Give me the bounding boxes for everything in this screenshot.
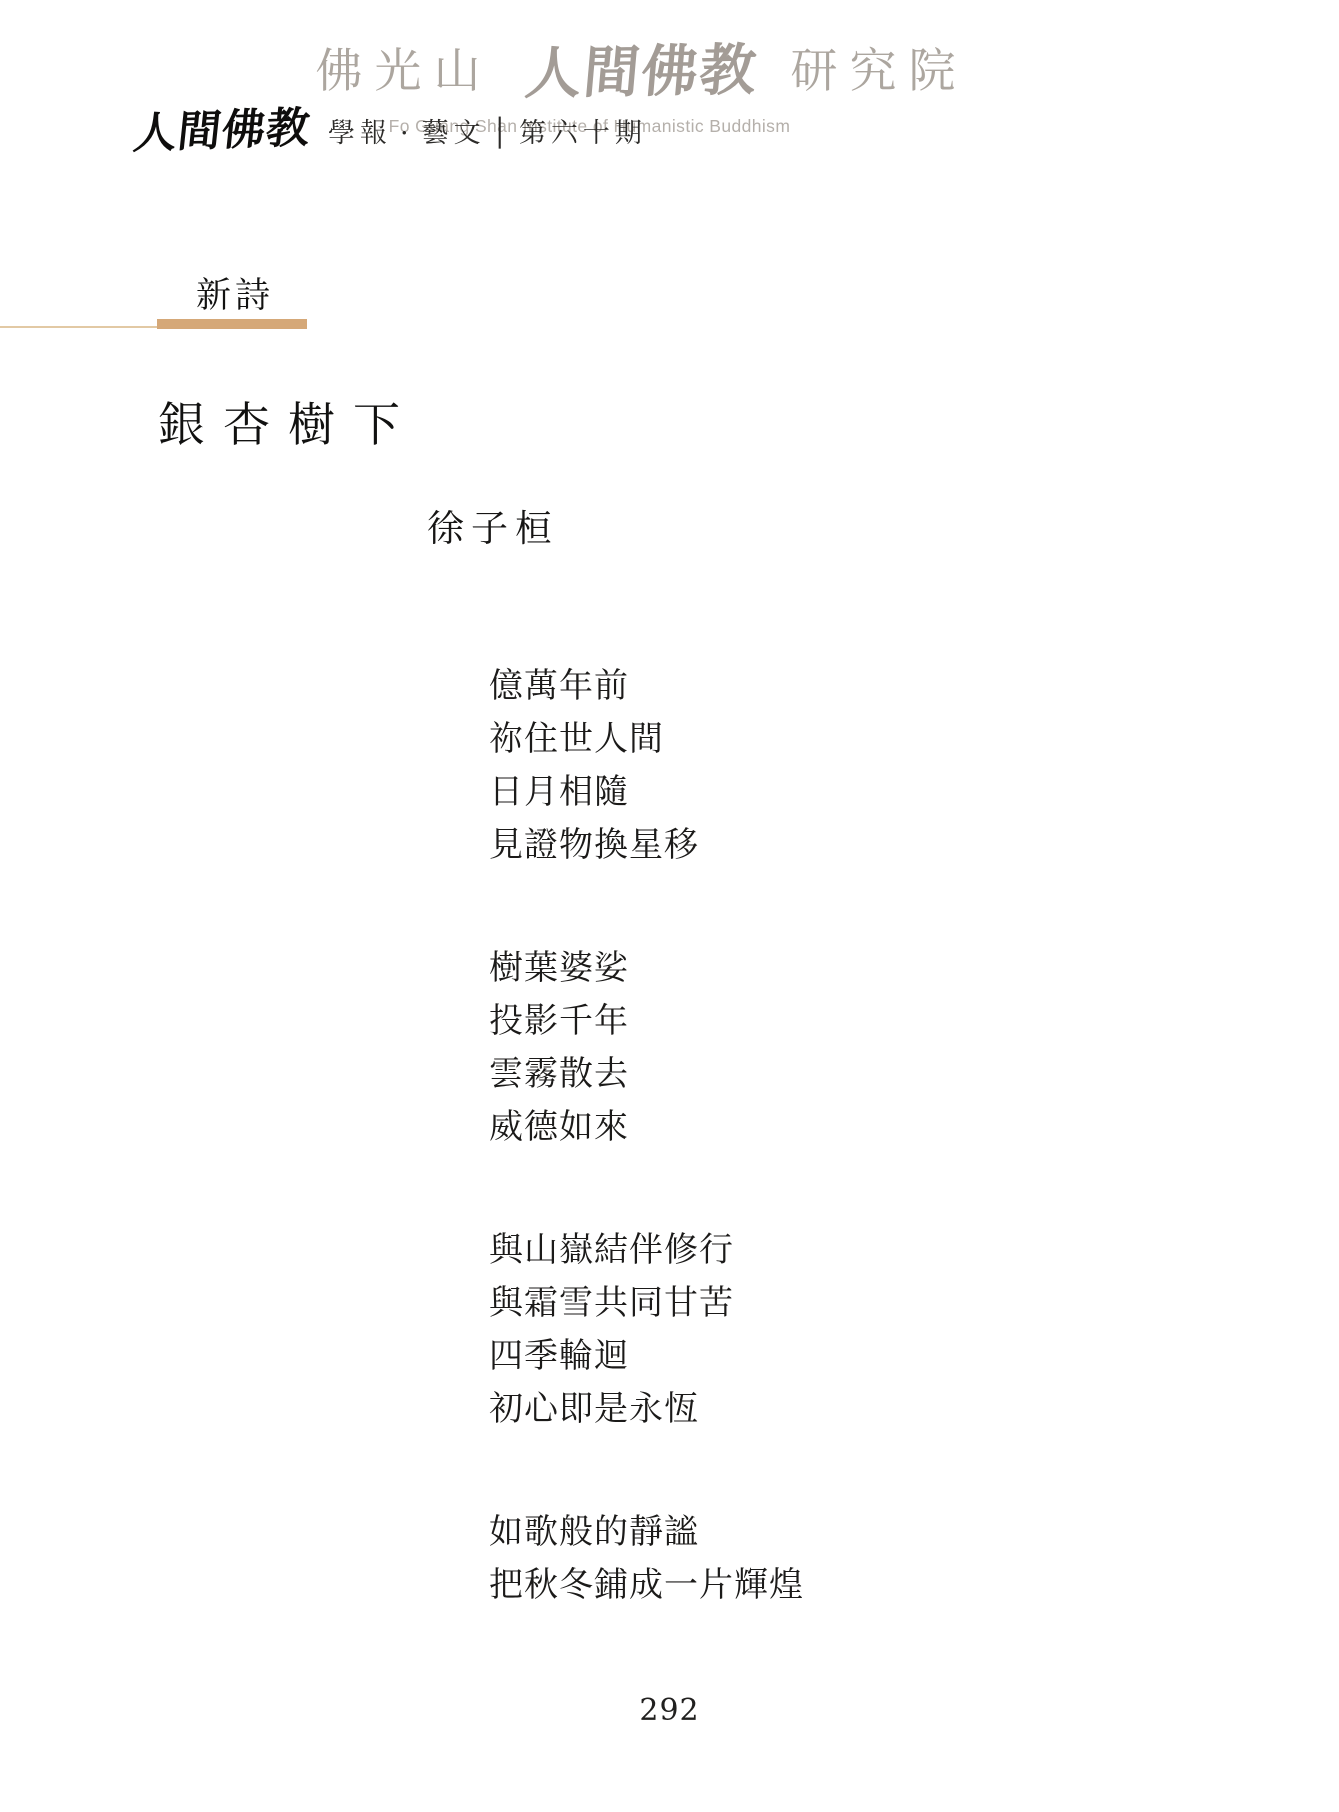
masthead-subtitle: 學報·藝文│第六十期 bbox=[328, 112, 647, 156]
masthead-brush-title: 人間佛教 bbox=[131, 103, 313, 159]
masthead-issue: 第六十期 bbox=[519, 118, 647, 149]
poem-line: 把秋冬鋪成一片輝煌 bbox=[489, 1559, 804, 1612]
poem-stanza-4: 如歌般的靜謐 把秋冬鋪成一片輝煌 bbox=[489, 1506, 804, 1612]
poem-line: 與霜雪共同甘苦 bbox=[489, 1277, 804, 1330]
journal-masthead: 人間佛教 學報·藝文│第六十期 bbox=[134, 106, 647, 156]
poem-line: 投影千年 bbox=[489, 995, 804, 1048]
poem-stanza-3: 與山嶽結伴修行 與霜雪共同甘苦 四季輪迴 初心即是永恆 bbox=[489, 1224, 804, 1436]
section-accent-bar bbox=[157, 319, 307, 329]
poem-body: 億萬年前 祢住世人間 日月相隨 見證物換星移 樹葉婆娑 投影千年 雲霧散去 威德… bbox=[489, 660, 804, 1612]
poem-line: 見證物換星移 bbox=[489, 819, 804, 872]
poem-line: 威德如來 bbox=[489, 1101, 804, 1154]
poem-line: 如歌般的靜謐 bbox=[489, 1506, 804, 1559]
poem-line: 億萬年前 bbox=[489, 660, 804, 713]
masthead-section-word: 藝文 bbox=[422, 118, 486, 149]
masthead-journal-word: 學報 bbox=[328, 118, 392, 149]
poem-stanza-1: 億萬年前 祢住世人間 日月相隨 見證物換星移 bbox=[489, 660, 804, 872]
section-accent-line bbox=[0, 326, 157, 328]
section-label-new-poetry: 新詩 bbox=[196, 268, 274, 318]
logo-text-institute: 研究院 bbox=[790, 44, 967, 99]
institute-logo-chinese: 佛光山 人間佛教 研究院 bbox=[0, 28, 1311, 108]
masthead-dot: · bbox=[400, 118, 414, 149]
poem-line: 祢住世人間 bbox=[489, 713, 804, 766]
poem-title: 銀杏樹下 bbox=[158, 388, 418, 455]
logo-brush-humanistic-buddhism: 人間佛教 bbox=[522, 26, 761, 110]
page-number: 292 bbox=[0, 1693, 1339, 1728]
poem-line: 日月相隨 bbox=[489, 766, 804, 819]
poem-line: 樹葉婆娑 bbox=[489, 942, 804, 995]
poem-line: 雲霧散去 bbox=[489, 1048, 804, 1101]
logo-text-foguangshan: 佛光山 bbox=[316, 44, 493, 99]
poem-line: 與山嶽結伴修行 bbox=[489, 1224, 804, 1277]
poem-line: 四季輪迴 bbox=[489, 1330, 804, 1383]
journal-page: 佛光山 人間佛教 研究院 Fo Guang Shan Institute of … bbox=[0, 0, 1339, 1812]
poem-line: 初心即是永恆 bbox=[489, 1383, 804, 1436]
masthead-divider: │ bbox=[492, 118, 513, 149]
poem-stanza-2: 樹葉婆娑 投影千年 雲霧散去 威德如來 bbox=[489, 942, 804, 1154]
poem-author: 徐子桓 bbox=[427, 498, 559, 552]
